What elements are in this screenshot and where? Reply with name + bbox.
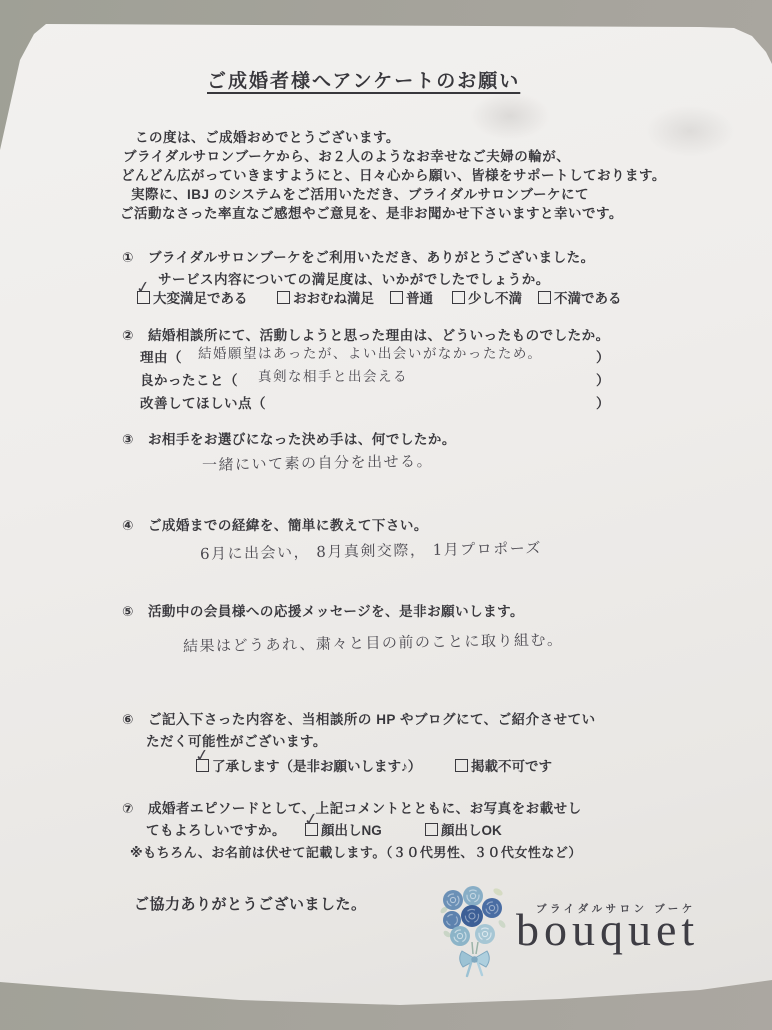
question-text: ブライダルサロンブーケをご利用いただき、ありがとうございました。: [148, 250, 595, 265]
checkbox-option-no-publish: 掲載不可です: [455, 755, 552, 775]
checkbox-icon: [425, 823, 438, 836]
checkmark-icon: ✓: [303, 811, 321, 830]
question-text: ご記入下さった内容を、当相談所の HP やブログにて、ご紹介させてい: [148, 712, 596, 727]
rose-bouquet-logo-icon: [440, 884, 510, 984]
question-7-line2: てもよろしいですか。: [146, 819, 286, 839]
question-6: ⑥ ご記入下さった内容を、当相談所の HP やブログにて、ご紹介させてい: [122, 708, 596, 728]
option-label: 顔出しOK: [441, 823, 502, 838]
checkbox-option-unsatisfied: 不満である: [538, 287, 622, 307]
paper-smudge: [645, 105, 735, 157]
photo-background: ご成婚者様へアンケートのお願い この度は、ご成婚おめでとうございます。 ブライダ…: [0, 0, 772, 1030]
option-label: 普通: [406, 291, 433, 306]
checkmark-icon: ✓: [194, 747, 212, 766]
question-number: ⑥: [122, 712, 134, 727]
paper-smudge: [470, 92, 550, 140]
option-label: 少し不満: [468, 291, 522, 306]
option-label: 不満である: [554, 291, 622, 306]
checkbox-icon: [390, 291, 403, 304]
page-title: ご成婚者様へアンケートのお願い: [207, 66, 520, 93]
checkbox-icon: [538, 291, 551, 304]
questionnaire-sheet: ご成婚者様へアンケートのお願い この度は、ご成婚おめでとうございます。 ブライダ…: [0, 0, 772, 1030]
checkbox-icon: ✓: [137, 291, 150, 304]
option-label: 了承します（是非お願いします♪）: [212, 759, 421, 774]
option-label: 大変満足である: [153, 291, 248, 306]
question-number: ⑤: [122, 604, 134, 619]
handwritten-answer-q5: 結果はどうあれ、粛々と目の前のことに取り組む。: [183, 629, 564, 657]
handwritten-answer-q3: 一緒にいて素の自分を出せる。: [202, 450, 433, 475]
option-label: 顔出しNG: [321, 823, 382, 838]
checkbox-icon: [455, 759, 468, 772]
thanks-message: ご協力ありがとうございました。: [134, 893, 367, 914]
intro-line: ブライダルサロンブーケから、お２人のようなお幸せなご夫婦の輪が、: [123, 145, 570, 165]
checkbox-option-mostly-satisfied: おおむね満足: [277, 287, 374, 307]
answer-field-reason: 理由（結婚願望はあったが、よい出会いがなかったため。）: [140, 346, 610, 366]
question-text: お相手をお選びになった決め手は、何でしたか。: [148, 432, 456, 447]
question-number: ⑦: [122, 801, 134, 816]
handwritten-answer: 真剣な相手と出会える: [258, 365, 408, 385]
question-3: ③ お相手をお選びになった決め手は、何でしたか。: [122, 428, 456, 448]
intro-line: ご活動なさった率直なご感想やご意見を、是非お聞かせ下さいますと幸いです。: [120, 202, 623, 222]
field-label: 改善してほしい点（: [140, 396, 266, 411]
question-text: 活動中の会員様への応援メッセージを、是非お願いします。: [148, 604, 524, 619]
question-text: 結婚相談所にて、活動しようと思った理由は、どういったものでしたか。: [148, 328, 610, 343]
field-close-paren: ）: [596, 392, 610, 412]
checkbox-option-face-ok: 顔出しOK: [425, 819, 502, 839]
question-1: ① ブライダルサロンブーケをご利用いただき、ありがとうございました。: [122, 246, 595, 266]
checkbox-icon: ✓: [305, 823, 318, 836]
checkbox-option-very-satisfied: ✓大変満足である: [137, 287, 248, 307]
question-text: ご成婚までの経緯を、簡単に教えて下さい。: [148, 518, 428, 533]
option-label: 掲載不可です: [471, 759, 552, 774]
question-number: ③: [122, 432, 134, 447]
checkbox-icon: [277, 291, 290, 304]
intro-line: この度は、ご成婚おめでとうございます。: [135, 126, 400, 146]
answer-field-good-points: 良かったこと（真剣な相手と出会える）: [140, 369, 610, 389]
intro-line: どんどん広がっていきますようにと、日々心から願い、皆様をサポートしております。: [121, 164, 666, 184]
handwritten-answer-q4: 6月に出会い， 8月真剣交際， 1月プロポーズ: [200, 537, 542, 564]
field-close-paren: ）: [596, 346, 610, 366]
question-number: ①: [122, 250, 134, 265]
question-2: ② 結婚相談所にて、活動しようと思った理由は、どういったものでしたか。: [122, 324, 610, 344]
checkbox-option-somewhat-unsatisfied: 少し不満: [452, 287, 522, 307]
handwritten-answer: 結婚願望はあったが、よい出会いがなかったため。: [198, 342, 542, 362]
field-label: 理由（: [140, 350, 182, 365]
checkbox-option-consent: ✓了承します（是非お願いします♪）: [196, 755, 421, 775]
question-5: ⑤ 活動中の会員様への応援メッセージを、是非お願いします。: [122, 600, 524, 620]
intro-line: 実際に、IBJ のシステムをご活用いただき、ブライダルサロンブーケにて: [131, 183, 589, 203]
question-7: ⑦ 成婚者エピソードとして、上記コメントとともに、お写真をお載せし: [122, 797, 582, 817]
question-number: ②: [122, 328, 134, 343]
question-number: ④: [122, 518, 134, 533]
question-4: ④ ご成婚までの経緯を、簡単に教えて下さい。: [122, 514, 428, 534]
answer-field-improvements: 改善してほしい点（）: [140, 392, 610, 412]
checkbox-option-face-ng: ✓顔出しNG: [305, 819, 382, 839]
question-1-line2: サービス内容についての満足度は、いかがでしたでしょうか。: [158, 268, 550, 288]
option-label: おおむね満足: [293, 291, 374, 306]
salon-logo-wordmark: bouquet: [516, 903, 699, 956]
checkbox-icon: [452, 291, 465, 304]
checkbox-option-neutral: 普通: [390, 287, 433, 307]
question-7-note: ※もちろん、お名前は伏せて記載します。（３０代男性、３０代女性など）: [130, 842, 582, 861]
checkmark-icon: ✓: [135, 279, 153, 298]
field-label: 良かったこと（: [140, 373, 238, 388]
field-close-paren: ）: [596, 369, 610, 389]
question-6-line2: ただく可能性がございます。: [146, 730, 327, 750]
checkbox-icon: ✓: [196, 759, 209, 772]
question-text: 成婚者エピソードとして、上記コメントとともに、お写真をお載せし: [148, 801, 582, 816]
